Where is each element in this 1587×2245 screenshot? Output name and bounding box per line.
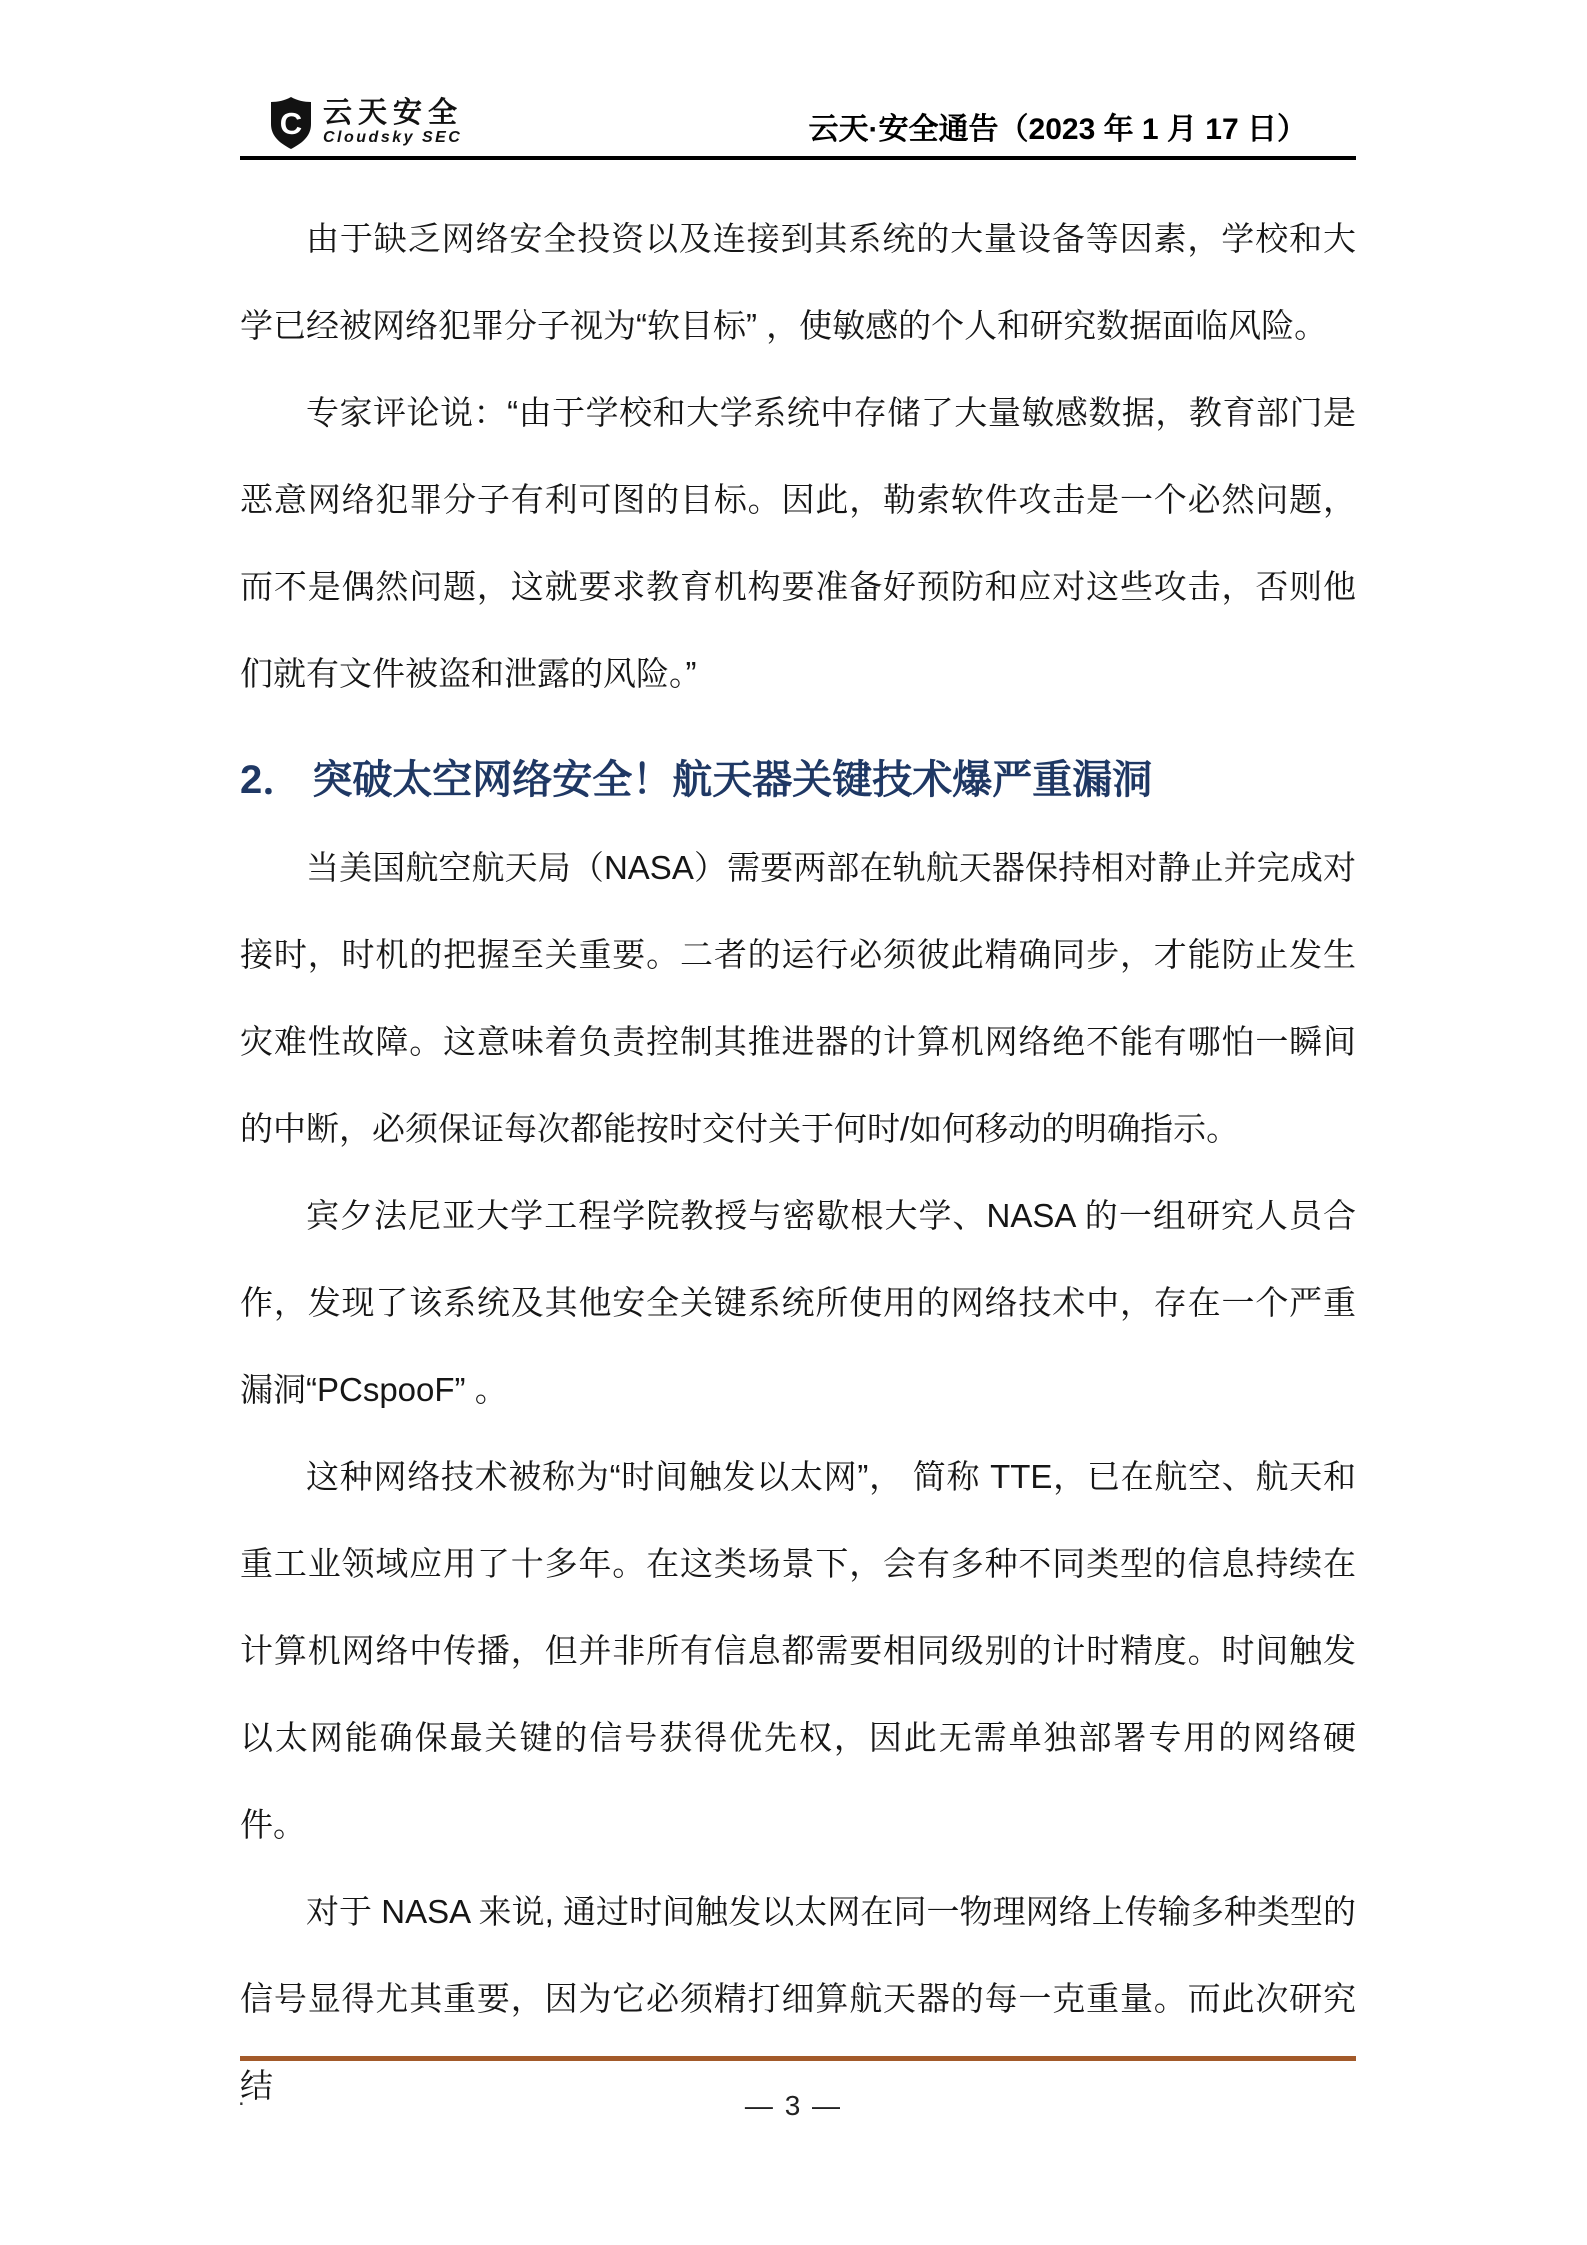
paragraph: 由于缺乏网络安全投资以及连接到其系统的大量设备等因素，学校和大学已经被网络犯罪分… bbox=[240, 195, 1356, 369]
brand-name-cn: 云天安全 bbox=[323, 98, 463, 128]
paragraph: 当美国航空航天局（NASA）需要两部在轨航天器保持相对静止并完成对接时，时机的把… bbox=[240, 824, 1356, 1172]
section-heading: 2． 突破太空网络安全！航天器关键技术爆严重漏洞 bbox=[240, 737, 1356, 824]
brand-name-en: Cloudsky SEC bbox=[323, 128, 463, 148]
paragraph: 专家评论说：“由于学校和大学系统中存储了大量敏感数据，教育部门是恶意网络犯罪分子… bbox=[240, 369, 1356, 717]
section-number: 2． bbox=[240, 737, 302, 824]
brand-logo: C 云天安全 Cloudsky SEC bbox=[270, 96, 463, 150]
paragraph: 这种网络技术被称为“时间触发以太网”， 简称 TTE，已在航空、航天和重工业领域… bbox=[240, 1433, 1356, 1868]
page-header: C 云天安全 Cloudsky SEC 云天·安全通告（2023 年 1 月 1… bbox=[240, 0, 1356, 160]
svg-text:C: C bbox=[280, 106, 302, 141]
header-title: 云天·安全通告（2023 年 1 月 17 日） bbox=[809, 104, 1307, 148]
document-page: C 云天安全 Cloudsky SEC 云天·安全通告（2023 年 1 月 1… bbox=[0, 0, 1587, 2245]
document-body: 由于缺乏网络安全投资以及连接到其系统的大量设备等因素，学校和大学已经被网络犯罪分… bbox=[240, 195, 1356, 2129]
section-title: 突破太空网络安全！航天器关键技术爆严重漏洞 bbox=[312, 737, 1152, 824]
footer-rule bbox=[240, 2056, 1356, 2061]
brand-text: 云天安全 Cloudsky SEC bbox=[323, 98, 463, 148]
paragraph: 宾夕法尼亚大学工程学院教授与密歇根大学、NASA 的一组研究人员合作，发现了该系… bbox=[240, 1172, 1356, 1433]
page-number: — 3 — bbox=[0, 2090, 1587, 2122]
shield-logo-icon: C bbox=[270, 96, 312, 150]
